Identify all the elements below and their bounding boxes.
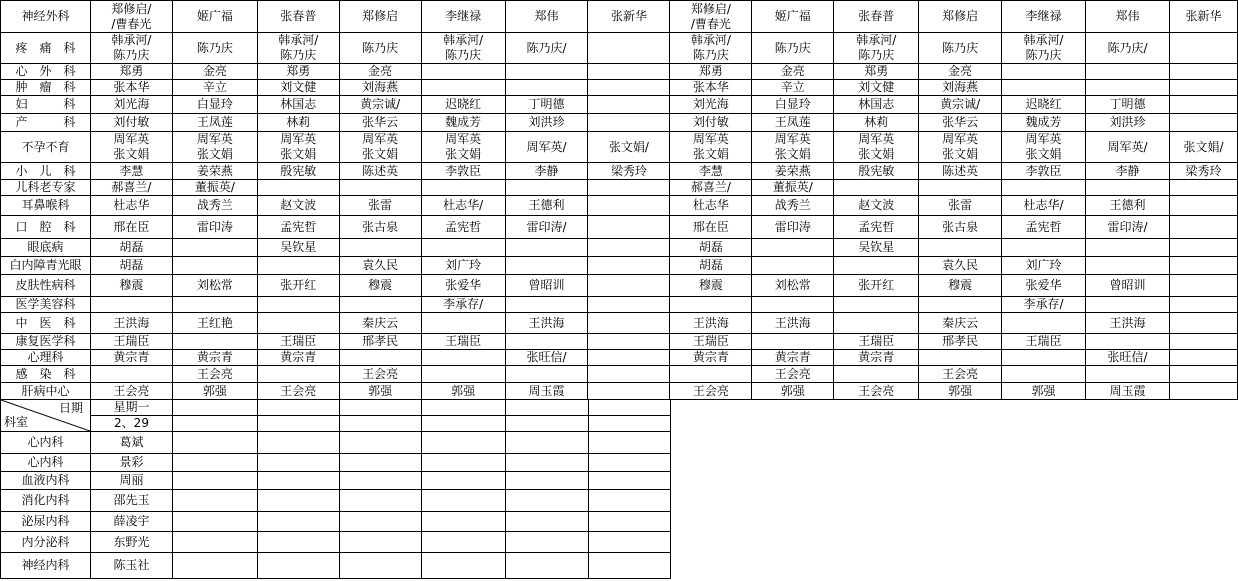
doctor-cell: 周军英 张文娟 (172, 132, 257, 163)
schedule-row: 眼底病胡磊吴钦星胡磊吴钦星 (1, 239, 1238, 257)
doctor-cell: 韩承河/ 陈乃庆 (1002, 33, 1086, 64)
doctor-cell: 郑修启/ /曹春光 (670, 1, 752, 33)
doctor-cell: 王德利 (505, 196, 588, 216)
doctor-cell: 张爱华 (421, 275, 505, 297)
doctor-cell: 王洪海 (670, 313, 752, 334)
doctor-cell: 韩承河/ 陈乃庆 (421, 33, 505, 64)
empty-cell (173, 416, 258, 432)
doctor-cell: 黄宗青 (834, 350, 919, 366)
doctor-cell (339, 239, 421, 257)
doctor-cell (1002, 366, 1086, 383)
dept-cell: 不孕不育 (1, 132, 91, 163)
doctor-cell: 韩承河/ 陈乃庆 (670, 33, 752, 64)
doctor-cell: 张本华 (90, 80, 172, 96)
expert-schedule-table: 神经外科郑修启/ /曹春光姬广福张春普郑修启李继禄郑伟张新华郑修启/ /曹春光姬… (0, 0, 1238, 400)
doctor-cell (588, 383, 670, 400)
schedule-row: 儿科老专家郝喜兰/董振英/郝喜兰/董振英/ (1, 180, 1238, 196)
doctor-cell: 杜志华 (670, 196, 752, 216)
doctor-cell: 刘海燕 (339, 80, 421, 96)
doctor-cell (834, 313, 919, 334)
doctor-cell (588, 216, 670, 239)
doctor-cell: 李继禄 (421, 1, 505, 33)
doctor-cell: 战秀兰 (752, 196, 834, 216)
doctor-cell: 张雷 (919, 196, 1002, 216)
doctor-cell: 王瑞臣 (1002, 334, 1086, 350)
doctor-cell (1086, 80, 1170, 96)
empty-cell (589, 454, 671, 472)
doctor-cell: 曾昭训 (505, 275, 588, 297)
doctor-cell (834, 180, 919, 196)
doctor-cell (505, 239, 588, 257)
doctor-cell: 张开红 (257, 275, 339, 297)
doctor-cell (919, 297, 1002, 313)
doctor-cell: 陈乃庆 (919, 33, 1002, 64)
doctor-cell (752, 257, 834, 275)
doctor-cell (588, 313, 670, 334)
doctor-cell: 王会亮 (919, 366, 1002, 383)
empty-cell (258, 416, 340, 432)
dept-cell: 产 科 (1, 114, 91, 132)
doctor-cell: 梁秀玲 (1169, 163, 1237, 180)
doctor-cell: 袁久民 (339, 257, 421, 275)
schedule-row: 医学美容科李承存/李承存/ (1, 297, 1238, 313)
dept-cell: 血液内科 (1, 472, 91, 490)
doctor-cell: 林国志 (257, 96, 339, 114)
dept-cell: 心内科 (1, 454, 91, 472)
doctor-cell: 孟宪哲 (834, 216, 919, 239)
empty-cell (506, 490, 589, 512)
empty-cell (173, 512, 258, 532)
doctor-cell (752, 297, 834, 313)
schedule-row: 口 腔 科邢在臣雷印涛孟宪哲张古泉孟宪哲雷印涛/邢在臣雷印涛孟宪哲张古泉孟宪哲雷… (1, 216, 1238, 239)
doctor-cell: 陈乃庆/ (505, 33, 588, 64)
corner-date-label: 日期 (59, 401, 83, 416)
doctor-cell: 张华云 (339, 114, 421, 132)
doctor-cell (1169, 334, 1237, 350)
doctor-cell: 杜志华/ (1002, 196, 1086, 216)
doctor-cell: 李承存/ (1002, 297, 1086, 313)
doctor-cell: 周军英 张文娟 (1002, 132, 1086, 163)
doctor-cell (1086, 297, 1170, 313)
doctor-cell: 黄宗青 (752, 350, 834, 366)
doctor-cell: 殷宪敏 (257, 163, 339, 180)
doctor-cell: 郑勇 (670, 64, 752, 80)
doctor-cell: 秦庆云 (339, 313, 421, 334)
doctor-cell: 金亮 (919, 64, 1002, 80)
doctor-cell: 黄宗青 (172, 350, 257, 366)
doctor-cell (670, 297, 752, 313)
empty-cell (506, 553, 589, 579)
dept-cell: 耳鼻喉科 (1, 196, 91, 216)
doctor-cell: 魏成芳 (1002, 114, 1086, 132)
doctor-cell: 杜志华 (90, 196, 172, 216)
schedule-row: 神经外科郑修启/ /曹春光姬广福张春普郑修启李继禄郑伟张新华郑修启/ /曹春光姬… (1, 1, 1238, 33)
doctor-cell: 胡磊 (670, 257, 752, 275)
doctor-cell (505, 80, 588, 96)
doctor-cell: 曾昭训 (1086, 275, 1170, 297)
doctor-cell: 白显玲 (752, 96, 834, 114)
doctor-cell: 丁明德 (1086, 96, 1170, 114)
doctor-cell (752, 334, 834, 350)
doctor-cell (1002, 180, 1086, 196)
doctor-cell (1169, 196, 1237, 216)
dept-cell: 口 腔 科 (1, 216, 91, 239)
doctor-cell: 陈述英 (339, 163, 421, 180)
doctor-cell: 刘海燕 (919, 80, 1002, 96)
empty-cell (506, 416, 589, 432)
duty-schedule-page: 神经外科郑修启/ /曹春光姬广福张春普郑修启李继禄郑伟张新华郑修启/ /曹春光姬… (0, 0, 1238, 581)
doctor-cell: 邢孝民 (919, 334, 1002, 350)
dept-cell: 小 儿 科 (1, 163, 91, 180)
doctor-cell: 张古泉 (339, 216, 421, 239)
doctor-cell: 刘洪珍 (505, 114, 588, 132)
doctor-cell (257, 297, 339, 313)
doctor-cell (257, 366, 339, 383)
schedule-row: 白内障青光眼胡磊袁久民刘广玲胡磊袁久民刘广玲 (1, 257, 1238, 275)
doctor-cell: 李继禄 (1002, 1, 1086, 33)
doctor-cell: 周军英 张文娟 (670, 132, 752, 163)
doctor-cell (505, 297, 588, 313)
doctor-cell: 穆震 (339, 275, 421, 297)
doctor-cell: 杜志华/ (421, 196, 505, 216)
empty-cell (589, 512, 671, 532)
empty-cell (340, 490, 422, 512)
schedule-row: 消化内科邵先玉 (1, 490, 671, 512)
doctor-cell (1086, 239, 1170, 257)
doctor-cell (1086, 180, 1170, 196)
schedule-row: 心 外 科郑勇金亮郑勇金亮郑勇金亮郑勇金亮 (1, 64, 1238, 80)
empty-cell (340, 532, 422, 553)
dept-cell: 医学美容科 (1, 297, 91, 313)
doctor-cell: 周丽 (91, 472, 173, 490)
doctor-cell: 郝喜兰/ (670, 180, 752, 196)
doctor-cell (919, 350, 1002, 366)
doctor-cell: 王瑞臣 (90, 334, 172, 350)
dept-cell: 皮肤性病科 (1, 275, 91, 297)
doctor-cell (752, 239, 834, 257)
doctor-cell (919, 180, 1002, 196)
doctor-cell (1169, 80, 1237, 96)
doctor-cell (1086, 257, 1170, 275)
doctor-cell: 姬广福 (752, 1, 834, 33)
doctor-cell: 李静 (1086, 163, 1170, 180)
schedule-row: 心内科景彩 (1, 454, 671, 472)
empty-cell (258, 490, 340, 512)
dept-cell: 心理科 (1, 350, 91, 366)
doctor-cell: 陈乃庆 (339, 33, 421, 64)
doctor-cell: 王会亮 (752, 366, 834, 383)
doctor-cell (421, 239, 505, 257)
doctor-cell: 周军英 张文娟 (90, 132, 172, 163)
doctor-cell: 刘付敏 (90, 114, 172, 132)
dept-cell: 儿科老专家 (1, 180, 91, 196)
empty-cell (422, 553, 506, 579)
doctor-cell (1169, 96, 1237, 114)
corner-dept-label: 科室 (4, 415, 28, 430)
doctor-cell: 刘文健 (257, 80, 339, 96)
empty-cell (173, 432, 258, 454)
doctor-cell: 刘光海 (90, 96, 172, 114)
doctor-cell: 王会亮 (834, 383, 919, 400)
doctor-cell: 周军英/ (505, 132, 588, 163)
empty-cell (258, 432, 340, 454)
doctor-cell (505, 366, 588, 383)
dept-cell: 内分泌科 (1, 532, 91, 553)
doctor-cell: 刘松常 (172, 275, 257, 297)
doctor-cell: 王瑞臣 (421, 334, 505, 350)
doctor-cell: 王瑞臣 (257, 334, 339, 350)
doctor-cell: 郑勇 (834, 64, 919, 80)
doctor-cell (172, 239, 257, 257)
doctor-cell: 孟宪哲 (257, 216, 339, 239)
doctor-cell: 郭强 (919, 383, 1002, 400)
empty-cell (173, 400, 258, 416)
dept-cell: 消化内科 (1, 490, 91, 512)
doctor-cell: 殷宪敏 (834, 163, 919, 180)
doctor-cell (588, 366, 670, 383)
doctor-cell: 王会亮 (670, 383, 752, 400)
doctor-cell: 袁久民 (919, 257, 1002, 275)
empty-cell (173, 454, 258, 472)
empty-cell (506, 532, 589, 553)
doctor-cell: 张旺信/ (1086, 350, 1170, 366)
doctor-cell (257, 257, 339, 275)
dept-cell: 泌尿内科 (1, 512, 91, 532)
doctor-cell (588, 33, 670, 64)
empty-cell (506, 432, 589, 454)
doctor-cell: 张雷 (339, 196, 421, 216)
doctor-cell: 王会亮 (257, 383, 339, 400)
schedule-row: 泌尿内科薛凌宇 (1, 512, 671, 532)
doctor-cell (834, 257, 919, 275)
schedule-row: 神经内科陈玉社 (1, 553, 671, 579)
doctor-cell (1169, 350, 1237, 366)
doctor-cell: 郭强 (339, 383, 421, 400)
doctor-cell: 郭强 (752, 383, 834, 400)
doctor-cell (1169, 114, 1237, 132)
empty-cell (422, 416, 506, 432)
doctor-cell (1002, 313, 1086, 334)
doctor-cell (1169, 216, 1237, 239)
doctor-cell: 张春普 (834, 1, 919, 33)
header-row: 2、29 (1, 416, 671, 432)
doctor-cell (257, 180, 339, 196)
doctor-cell: 董振英/ (172, 180, 257, 196)
doctor-cell: 刘松常 (752, 275, 834, 297)
schedule-row: 心理科黄宗青黄宗青黄宗青张旺信/黄宗青黄宗青黄宗青张旺信/ (1, 350, 1238, 366)
doctor-cell: 白显玲 (172, 96, 257, 114)
empty-cell (258, 454, 340, 472)
dept-cell: 中 医 科 (1, 313, 91, 334)
doctor-cell: 李敦臣 (421, 163, 505, 180)
dept-cell: 白内障青光眼 (1, 257, 91, 275)
doctor-cell: 金亮 (339, 64, 421, 80)
doctor-cell: 郑修启/ /曹春光 (90, 1, 172, 33)
doctor-cell (588, 239, 670, 257)
doctor-cell (1086, 366, 1170, 383)
doctor-cell: 辛立 (752, 80, 834, 96)
doctor-cell: 郭强 (172, 383, 257, 400)
date-cell: 2、29 (91, 416, 173, 432)
doctor-cell: 王洪海 (1086, 313, 1170, 334)
doctor-cell (670, 366, 752, 383)
doctor-cell: 王瑞臣 (834, 334, 919, 350)
doctor-cell (505, 64, 588, 80)
schedule-row: 感 染 科王会亮王会亮王会亮王会亮 (1, 366, 1238, 383)
doctor-cell (339, 180, 421, 196)
empty-cell (258, 400, 340, 416)
doctor-cell: 黄宗青 (90, 350, 172, 366)
doctor-cell: 邢在臣 (670, 216, 752, 239)
doctor-cell: 王洪海 (90, 313, 172, 334)
empty-cell (340, 553, 422, 579)
doctor-cell: 赵文波 (834, 196, 919, 216)
doctor-cell: 郑修启 (919, 1, 1002, 33)
doctor-cell: 李静 (505, 163, 588, 180)
dept-cell: 感 染 科 (1, 366, 91, 383)
empty-cell (589, 532, 671, 553)
doctor-cell: 王德利 (1086, 196, 1170, 216)
doctor-cell: 雷印涛/ (1086, 216, 1170, 239)
doctor-cell (339, 350, 421, 366)
doctor-cell: 李敦臣 (1002, 163, 1086, 180)
doctor-cell: 张文娟/ (588, 132, 670, 163)
doctor-cell: 秦庆云 (919, 313, 1002, 334)
doctor-cell: 王瑞臣 (670, 334, 752, 350)
empty-cell (173, 472, 258, 490)
schedule-row: 皮肤性病科穆震刘松常张开红穆震张爱华曾昭训穆震刘松常张开红穆震张爱华曾昭训 (1, 275, 1238, 297)
doctor-cell: 丁明德 (505, 96, 588, 114)
doctor-cell (588, 297, 670, 313)
doctor-cell (1169, 239, 1237, 257)
doctor-cell: 辛立 (172, 80, 257, 96)
doctor-cell (505, 257, 588, 275)
doctor-cell (588, 64, 670, 80)
doctor-cell: 雷印涛 (172, 216, 257, 239)
schedule-row: 肿 瘤 科张本华辛立刘文健刘海燕张本华辛立刘文健刘海燕 (1, 80, 1238, 96)
schedule-row: 内分泌科东野光 (1, 532, 671, 553)
schedule-row: 耳鼻喉科杜志华战秀兰赵文波张雷杜志华/王德利杜志华战秀兰赵文波张雷杜志华/王德利 (1, 196, 1238, 216)
schedule-row: 疼 痛 科韩承河/ 陈乃庆陈乃庆韩承河/ 陈乃庆陈乃庆韩承河/ 陈乃庆陈乃庆/韩… (1, 33, 1238, 64)
doctor-cell (1169, 64, 1237, 80)
doctor-cell (588, 334, 670, 350)
doctor-cell: 刘文健 (834, 80, 919, 96)
doctor-cell (588, 257, 670, 275)
doctor-cell (1169, 275, 1237, 297)
doctor-cell: 景彩 (91, 454, 173, 472)
doctor-cell: 迟晓红 (1002, 96, 1086, 114)
empty-cell (340, 512, 422, 532)
doctor-cell: 东野光 (91, 532, 173, 553)
doctor-cell: 吴钦星 (834, 239, 919, 257)
doctor-cell: 郑勇 (257, 64, 339, 80)
doctor-cell: 周玉霞 (1086, 383, 1170, 400)
doctor-cell: 韩承河/ 陈乃庆 (834, 33, 919, 64)
doctor-cell: 陈乃庆 (172, 33, 257, 64)
doctor-cell: 黄宗诚/ (919, 96, 1002, 114)
doctor-cell (90, 366, 172, 383)
doctor-cell: 韩承河/ 陈乃庆 (90, 33, 172, 64)
doctor-cell (1002, 80, 1086, 96)
doctor-cell: 雷印涛/ (505, 216, 588, 239)
empty-cell (506, 400, 589, 416)
empty-cell (589, 553, 671, 579)
doctor-cell (1002, 239, 1086, 257)
doctor-cell: 战秀兰 (172, 196, 257, 216)
dept-cell: 肿 瘤 科 (1, 80, 91, 96)
empty-cell (422, 454, 506, 472)
empty-cell (258, 553, 340, 579)
doctor-cell: 葛斌 (91, 432, 173, 454)
doctor-cell: 胡磊 (90, 239, 172, 257)
doctor-cell (421, 350, 505, 366)
empty-cell (340, 400, 422, 416)
doctor-cell: 薛凌宇 (91, 512, 173, 532)
doctor-cell: 陈玉社 (91, 553, 173, 579)
empty-cell (422, 432, 506, 454)
doctor-cell (588, 114, 670, 132)
doctor-cell: 刘光海 (670, 96, 752, 114)
doctor-cell (588, 180, 670, 196)
doctor-cell: 刘广玲 (1002, 257, 1086, 275)
doctor-cell: 黄宗诚/ (339, 96, 421, 114)
empty-cell (258, 472, 340, 490)
empty-cell (589, 432, 671, 454)
doctor-cell: 张新华 (588, 1, 670, 33)
dept-cell: 肝病中心 (1, 383, 91, 400)
doctor-cell: 张新华 (1169, 1, 1237, 33)
doctor-cell: 郑伟 (505, 1, 588, 33)
doctor-cell (588, 196, 670, 216)
doctor-cell: 周军英 张文娟 (421, 132, 505, 163)
dept-cell: 神经外科 (1, 1, 91, 33)
dept-cell: 心内科 (1, 432, 91, 454)
doctor-cell: 姬广福 (172, 1, 257, 33)
empty-cell (258, 512, 340, 532)
doctor-cell (421, 64, 505, 80)
doctor-cell: 周军英 张文娟 (752, 132, 834, 163)
empty-cell (173, 532, 258, 553)
empty-cell (340, 416, 422, 432)
doctor-cell: 姜荣燕 (172, 163, 257, 180)
doctor-cell: 张开红 (834, 275, 919, 297)
doctor-cell (1002, 64, 1086, 80)
doctor-cell: 林国志 (834, 96, 919, 114)
doctor-cell: 周军英 张文娟 (919, 132, 1002, 163)
empty-cell (173, 490, 258, 512)
empty-cell (589, 472, 671, 490)
dept-cell: 康复医学科 (1, 334, 91, 350)
doctor-cell: 王会亮 (172, 366, 257, 383)
schedule-row: 肝病中心王会亮郭强王会亮郭强郭强周玉霞王会亮郭强王会亮郭强郭强周玉霞 (1, 383, 1238, 400)
doctor-cell (1169, 180, 1237, 196)
doctor-cell (172, 297, 257, 313)
doctor-cell: 穆震 (90, 275, 172, 297)
empty-cell (422, 532, 506, 553)
doctor-cell: 林莉 (257, 114, 339, 132)
schedule-row: 不孕不育周军英 张文娟周军英 张文娟周军英 张文娟周军英 张文娟周军英 张文娟周… (1, 132, 1238, 163)
doctor-cell (588, 80, 670, 96)
doctor-cell: 陈乃庆 (752, 33, 834, 64)
dept-cell: 眼底病 (1, 239, 91, 257)
doctor-cell: 王凤莲 (752, 114, 834, 132)
doctor-cell: 邢孝民 (339, 334, 421, 350)
doctor-cell (421, 366, 505, 383)
empty-cell (340, 472, 422, 490)
doctor-cell (1169, 366, 1237, 383)
doctor-cell: 吴钦星 (257, 239, 339, 257)
doctor-cell (505, 334, 588, 350)
